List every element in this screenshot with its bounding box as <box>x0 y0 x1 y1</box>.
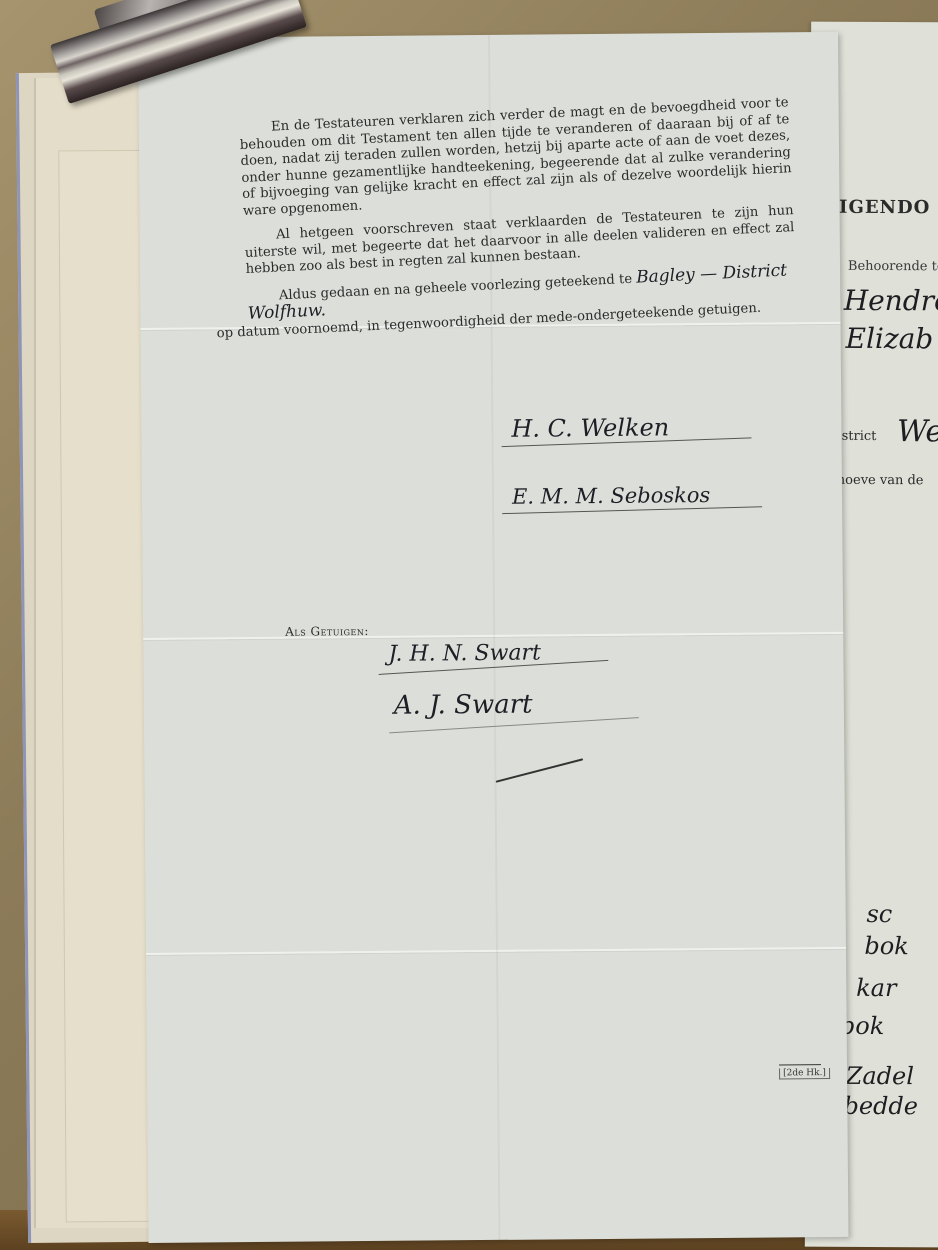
testator-signature-1: H. C. Welken <box>511 413 669 442</box>
form-code: [2de Hk.] <box>779 1068 830 1079</box>
list-item-5: Zadel <box>846 1062 914 1090</box>
clip-jaw <box>50 0 307 104</box>
witnesses-label: Als Getuigen: <box>285 624 369 639</box>
signing-place-continued: Wolfhuw. <box>247 300 326 324</box>
list-item-1: sc <box>866 900 892 928</box>
form-code-rule <box>779 1064 821 1065</box>
handwritten-name-1: Hendrek <box>844 284 938 318</box>
testament-page: En de Testateuren verklaren zich verder … <box>138 32 848 1243</box>
belonging-label: Behoorende te <box>848 259 938 275</box>
signature-flourish <box>496 758 584 782</box>
signing-place-handwritten: Bagley — District <box>636 260 788 287</box>
paragraph-amendment: En de Testateuren verklaren zich verder … <box>239 95 793 220</box>
list-item-2: bok <box>864 932 909 960</box>
bulldog-clip <box>40 0 310 170</box>
witness-signature-1: J. H. N. Swart <box>388 641 541 667</box>
district-value: We <box>897 414 938 449</box>
testament-body: En de Testateuren verklaren zich verder … <box>239 95 799 350</box>
witness-signature-2: A. J. Swart <box>394 690 533 721</box>
handwritten-name-2: Elizab <box>845 322 933 355</box>
testator-signature-2: E. M. M. Seboskos <box>512 483 710 509</box>
list-item-6: bedde <box>843 1092 918 1120</box>
list-item-3: kar <box>856 974 896 1002</box>
signing-clause-printed: Aldus gedaan en na geheele voorlezing ge… <box>279 271 633 303</box>
